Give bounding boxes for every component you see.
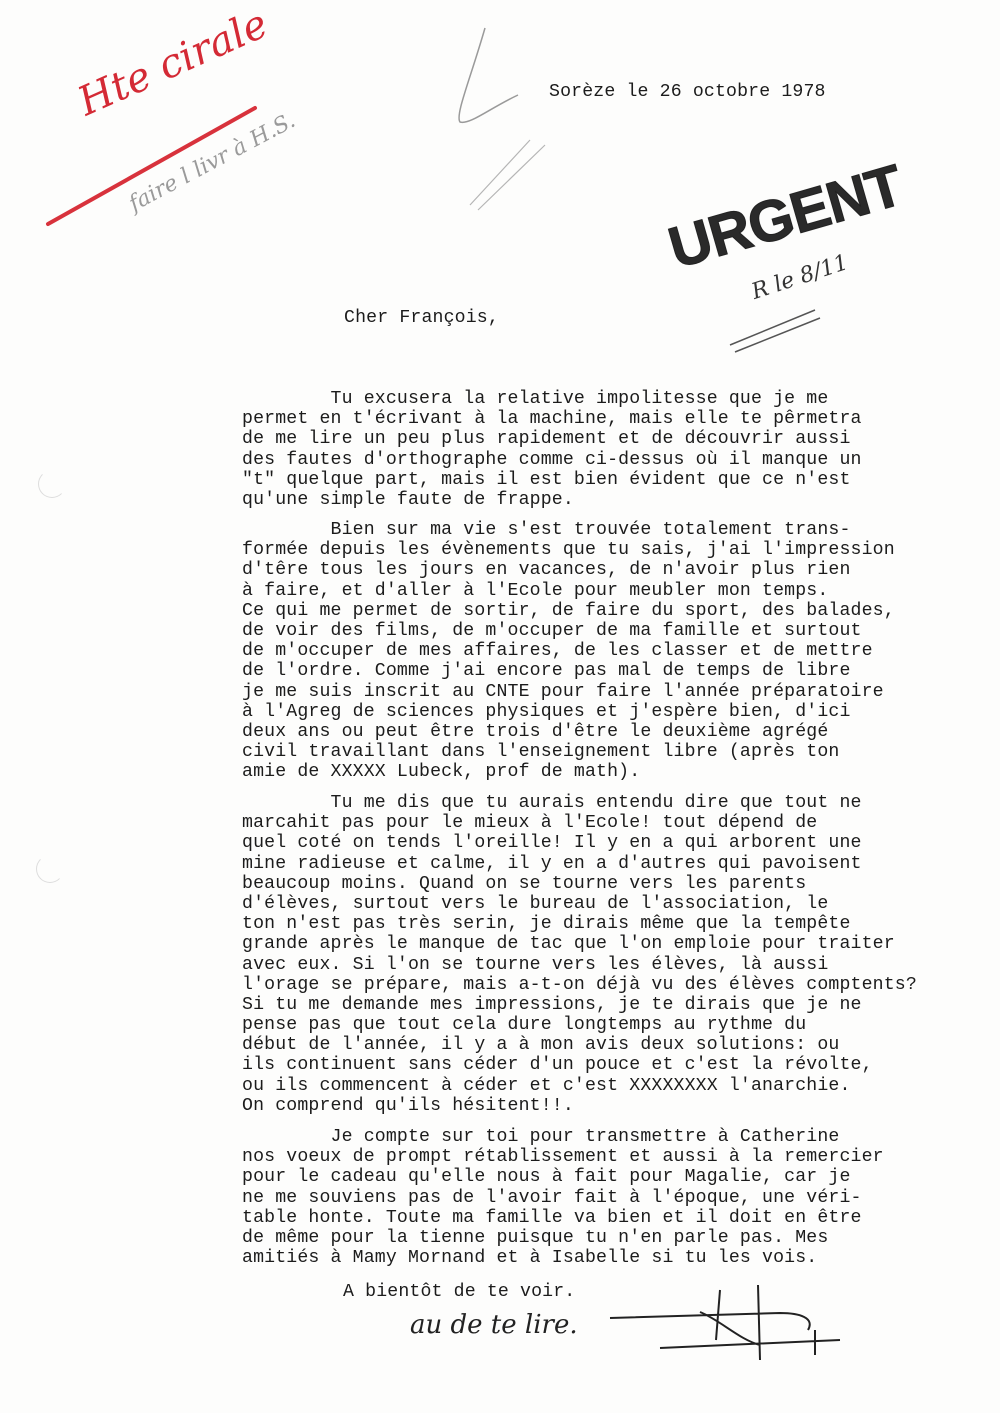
pencil-loop <box>459 28 518 122</box>
text-line: On comprend qu'ils hésitent!!. <box>242 1096 917 1116</box>
red-handwritten-note: Hte cirale <box>71 1 274 125</box>
punch-hole <box>38 470 66 498</box>
salutation: Cher François, <box>344 308 499 328</box>
text-line: je me suis inscrit au CNTE pour faire l'… <box>242 682 895 702</box>
text-line: ils continuent sans céder d'un pouce et … <box>242 1055 917 1075</box>
text-line: à l'Agreg de sciences physiques et j'esp… <box>242 702 895 722</box>
pencil-strokes <box>470 140 545 210</box>
urgent-stamp: URGENT <box>662 152 910 282</box>
paragraph-1: Tu excusera la relative impolitesse que … <box>242 389 862 510</box>
text-line: Tu me dis que tu aurais entendu dire que… <box>242 793 917 813</box>
text-line: "t" quelque part, mais il est bien évide… <box>242 470 862 490</box>
text-line: beaucoup moins. Quand on se tourne vers … <box>242 874 917 894</box>
closing: A bientôt de te voir. <box>343 1282 575 1302</box>
text-line: ton n'est pas très serin, je dirais même… <box>242 914 917 934</box>
place-date: Sorèze le 26 octobre 1978 <box>549 82 826 102</box>
paragraph-2: Bien sur ma vie s'est trouvée totalement… <box>242 520 895 782</box>
text-line: pour le cadeau qu'elle nous à fait pour … <box>242 1167 884 1187</box>
text-line: nos voeux de prompt rétablissement et au… <box>242 1147 884 1167</box>
text-line: formée depuis les évènements que tu sais… <box>242 540 895 560</box>
text-line: l'orage se prépare, mais a-t-on déjà vu … <box>242 975 917 995</box>
text-line: grande après le manque de tac que l'on e… <box>242 934 917 954</box>
text-line: d'têre tous les jours en vacances, de n'… <box>242 560 895 580</box>
text-line: de l'ordre. Comme j'ai encore pas mal de… <box>242 661 895 681</box>
text-line: Je compte sur toi pour transmettre à Cat… <box>242 1127 884 1147</box>
text-line: avec eux. Si l'on se tourne vers les élè… <box>242 955 917 975</box>
text-line: marcahit pas pour le mieux à l'Ecole! to… <box>242 813 917 833</box>
text-line: de voir des films, de m'occuper de ma fa… <box>242 621 895 641</box>
text-line: à faire, et d'aller à l'Ecole pour meubl… <box>242 581 895 601</box>
text-line: de me lire un peu plus rapidement et de … <box>242 429 862 449</box>
text-line: d'élèves, surtout vers le bureau de l'as… <box>242 894 917 914</box>
text-line: Tu excusera la relative impolitesse que … <box>242 389 862 409</box>
text-line: des fautes d'orthographe comme ci-dessus… <box>242 450 862 470</box>
text-line: ne me souviens pas de l'avoir fait à l'é… <box>242 1188 884 1208</box>
text-line: table honte. Toute ma famille va bien et… <box>242 1208 884 1228</box>
text-line: début de l'année, il y a à mon avis deux… <box>242 1035 917 1055</box>
text-line: ou ils commencent à céder et c'est XXXXX… <box>242 1076 917 1096</box>
text-line: amie de XXXXX Lubeck, prof de math). <box>242 762 895 782</box>
text-line: de même pour la tienne puisque tu n'en p… <box>242 1228 884 1248</box>
paragraph-4: Je compte sur toi pour transmettre à Cat… <box>242 1127 884 1268</box>
text-line: deux ans ou peut être trois d'être le de… <box>242 722 895 742</box>
stamp-handwritten-note: R le 8/11 <box>749 250 852 305</box>
pencil-handwritten-note: faire l livr à H.S. <box>125 108 300 217</box>
text-line: qu'une simple faute de frappe. <box>242 490 862 510</box>
text-line: amitiés à Mamy Mornand et à Isabelle si … <box>242 1248 884 1268</box>
paragraph-3: Tu me dis que tu aurais entendu dire que… <box>242 793 917 1116</box>
text-line: mine radieuse et calme, il y en a d'autr… <box>242 854 917 874</box>
text-line: quel coté on tends l'oreille! Il y en a … <box>242 833 917 853</box>
text-line: de m'occuper de mes affaires, de les cla… <box>242 641 895 661</box>
punch-hole <box>36 855 64 883</box>
text-line: Si tu me demande mes impressions, je te … <box>242 995 917 1015</box>
text-line: permet en t'écrivant à la machine, mais … <box>242 409 862 429</box>
text-line: pense pas que tout cela dure longtemps a… <box>242 1015 917 1035</box>
handwritten-postscript: au de te lire. <box>410 1310 578 1340</box>
text-line: Bien sur ma vie s'est trouvée totalement… <box>242 520 895 540</box>
text-line: civil travaillant dans l'enseignement li… <box>242 742 895 762</box>
signature <box>610 1285 840 1360</box>
text-line: Ce qui me permet de sortir, de faire du … <box>242 601 895 621</box>
